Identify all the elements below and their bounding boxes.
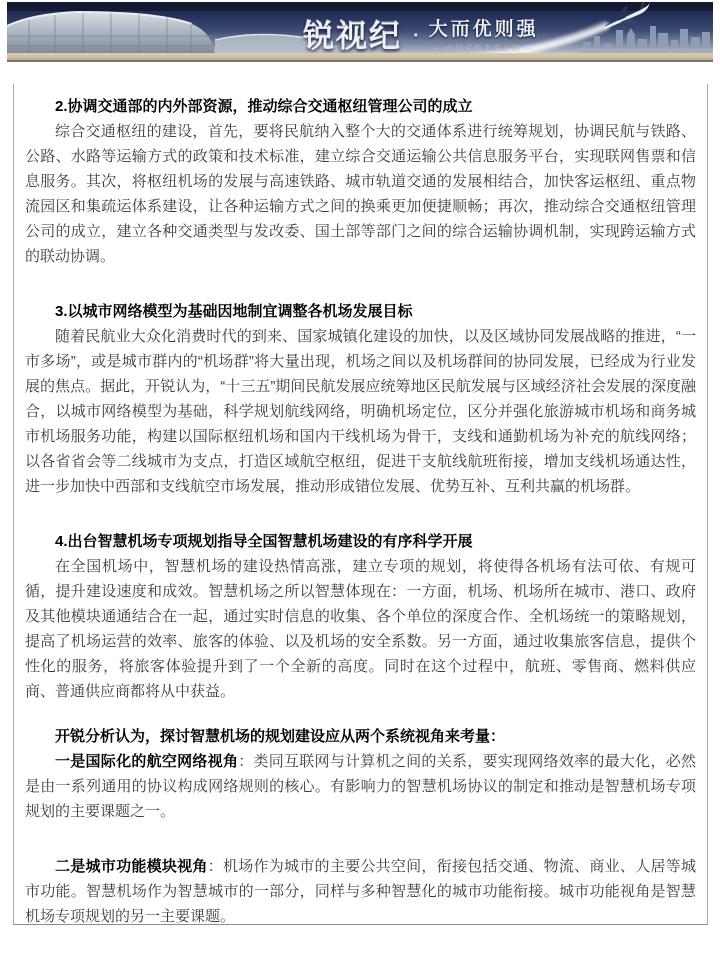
section-paragraph-4: 在全国机场中，智慧机场的建设热情高涨，建立专项的规划，将使得各机场有法可依、有规… (25, 554, 696, 704)
viewpoint-1-label: 一是国际化的航空网络视角 (55, 753, 238, 770)
banner-ground-strip (7, 53, 713, 62)
brand-logo-text: 锐视纪 (303, 20, 402, 54)
section-heading-2: 2.协调交通部的内外部资源，推动综合交通枢纽管理公司的成立 (25, 94, 696, 119)
viewpoint-2-label: 二是城市功能模块视角 (55, 858, 208, 875)
viewpoint-2: 二是城市功能模块视角：机场作为城市的主要公共空间，衔接包括交通、物流、商业、人居… (25, 854, 696, 925)
airplane-icon (599, 2, 654, 35)
banner-wordmark: 锐视纪 · 大而优则强 － 中国民航未来之路 － (303, 20, 539, 54)
document-body: 2.协调交通部的内外部资源，推动综合交通枢纽管理公司的成立 综合交通枢纽的建设，… (13, 84, 708, 925)
brand-slogan: 大而优则强 (429, 20, 539, 40)
header-banner: 锐视纪 · 大而优则强 － 中国民航未来之路 － (7, 2, 713, 62)
terminal-graphic (7, 12, 337, 55)
section-heading-4: 4.出台智慧机场专项规划指导全国智慧机场建设的有序科学开展 (25, 529, 696, 554)
section-heading-3: 3.以城市网络模型为基础因地制宜调整各机场发展目标 (25, 299, 696, 324)
section-paragraph-2: 综合交通枢纽的建设，首先，要将民航纳入整个大的交通体系进行统筹规划，协调民航与铁… (25, 119, 696, 269)
viewpoint-1: 一是国际化的航空网络视角：类同互联网与计算机之间的关系，要实现网络效率的最大化，… (25, 749, 696, 824)
brand-separator-dot: · (413, 26, 420, 46)
analysis-lead: 开锐分析认为，探讨智慧机场的规划建设应从两个系统视角来考量： (25, 724, 696, 749)
section-paragraph-3: 随着民航业大众化消费时代的到来、国家城镇化建设的加快，以及区域协同发展战略的推进… (25, 324, 696, 499)
